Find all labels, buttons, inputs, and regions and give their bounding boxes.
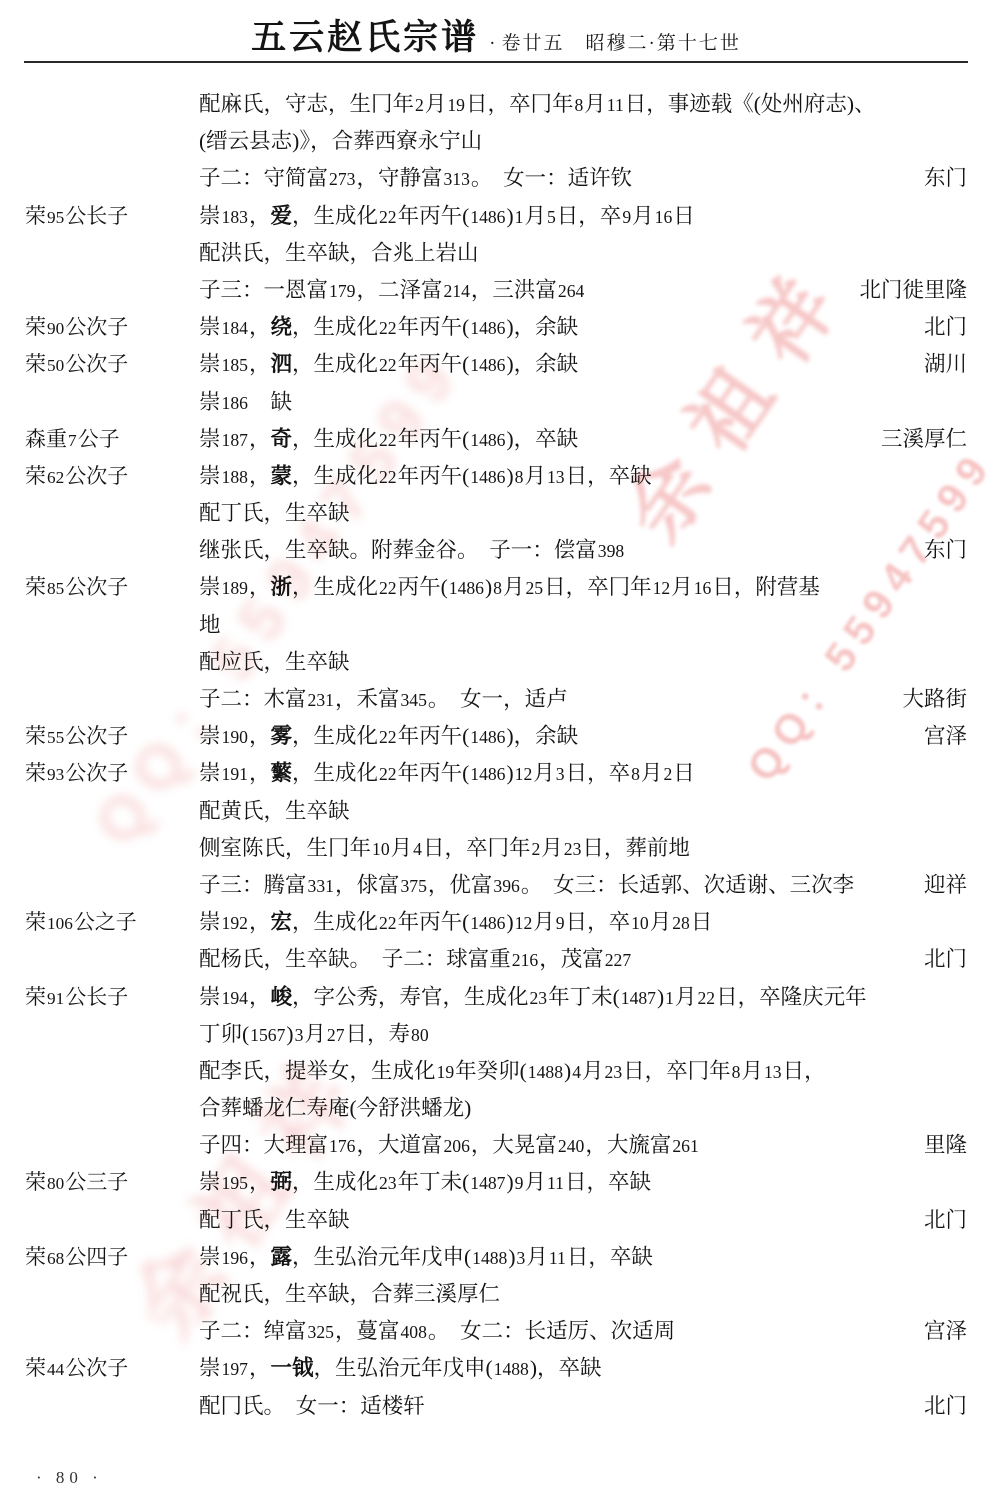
row-entry-text: 配麻氏，守志，生冂年2月19日，卒冂年8月11日，事迹载《(处州府志)、 xyxy=(199,86,876,123)
row-generation-label xyxy=(0,941,199,978)
row-entry-text: 子三：一恩富179，二泽富214，三洪富264 xyxy=(199,272,585,309)
row-generation-label: 荣80公三子 xyxy=(0,1164,199,1201)
row-entry-text: 配杨氏，生卒缺。 子二：球富重216，茂富227 xyxy=(199,941,632,978)
row-entry-text: 崇190，雾，生成化22年丙午(1486)，余缺 xyxy=(199,718,578,755)
row-generation-label: 荣85公次子 xyxy=(0,569,199,606)
genealogy-row: 配麻氏，守志，生冂年2月19日，卒冂年8月11日，事迹载《(处州府志)、 xyxy=(0,86,992,123)
row-entry-text: 崇197，一钺，生弘治元年戊申(1488)，卒缺 xyxy=(199,1350,602,1387)
row-branch-place xyxy=(967,569,992,606)
given-name: 峻 xyxy=(270,985,292,1009)
row-branch-place: 北门 xyxy=(924,941,992,978)
row-branch-place: 三溪厚仁 xyxy=(881,421,992,458)
genealogy-row: 荣68公四子崇196，露，生弘治元年戊申(1488)3月11日，卒缺 xyxy=(0,1239,992,1276)
row-generation-label xyxy=(0,793,199,830)
row-entry-text: 崇192，宏，生成化22年丙午(1486)12月9日，卒10月28日 xyxy=(199,904,712,941)
genealogy-page: 余祖祥 QQ：55947599 余祖祥 QQ：55947599 五云赵氏宗谱·卷… xyxy=(0,0,992,1512)
header-divider-line xyxy=(24,61,968,63)
genealogy-row: 子四：大理富176，大道富206，大晃富240，大旒富261里隆 xyxy=(0,1127,992,1164)
row-generation-label xyxy=(0,495,199,532)
row-generation-label: 荣93公次子 xyxy=(0,755,199,792)
row-generation-label: 荣44公次子 xyxy=(0,1350,199,1387)
row-generation-label xyxy=(0,830,199,867)
row-entry-text: 崇194，峻，字公秀，寿官，生成化23年丁未(1487)1月22日，卒隆庆元年 xyxy=(199,979,867,1016)
row-generation-label xyxy=(0,1313,199,1350)
row-entry-text: 继张氏，生卒缺。附葬金谷。 子一：偿富398 xyxy=(199,532,625,569)
given-name: 弼 xyxy=(270,1170,292,1194)
row-branch-place: 东门 xyxy=(924,532,992,569)
row-generation-label xyxy=(0,681,199,718)
row-generation-label xyxy=(0,644,199,681)
row-entry-text: 崇195，弼，生成化23年丁未(1487)9月11日，卒缺 xyxy=(199,1164,651,1201)
genealogy-row: 丁卯(1567)3月27日，寿80 xyxy=(0,1016,992,1053)
row-generation-label: 荣68公四子 xyxy=(0,1239,199,1276)
row-branch-place xyxy=(967,1276,992,1313)
genealogy-row: 荣95公长子崇183，爱，生成化22年丙午(1486)1月5日，卒9月16日 xyxy=(0,198,992,235)
genealogy-row: 荣85公次子崇189，浙，生成化22丙午(1486)8月25日，卒冂年12月16… xyxy=(0,569,992,606)
given-name: 露 xyxy=(270,1245,292,1269)
row-generation-label xyxy=(0,1127,199,1164)
row-entry-text: 配祝氏，生卒缺，合葬三溪厚仁 xyxy=(199,1276,500,1313)
row-generation-label xyxy=(0,1016,199,1053)
genealogy-row: 合葬蟠龙仁寿庵(今舒洪蟠龙) xyxy=(0,1090,992,1127)
row-generation-label: 森重7公子 xyxy=(0,421,199,458)
genealogy-row: 子三：一恩富179，二泽富214，三洪富264北门徙里隆 xyxy=(0,272,992,309)
row-branch-place xyxy=(967,1350,992,1387)
genealogy-row: 子二：绰富325，蔓富408。 女二：长适厉、次适周宫泽 xyxy=(0,1313,992,1350)
header-separator-dot: · xyxy=(489,33,495,55)
row-branch-place: 东门 xyxy=(924,160,992,197)
row-entry-text: 配丁氏，生卒缺 xyxy=(199,495,350,532)
row-entry-text: 配丁氏，生卒缺 xyxy=(199,1202,350,1239)
genealogy-row: 继张氏，生卒缺。附葬金谷。 子一：偿富398东门 xyxy=(0,532,992,569)
genealogy-row: 地 xyxy=(0,607,992,644)
genealogy-row: 侧室陈氏，生冂年10月4日，卒冂年2月23日，葬前地 xyxy=(0,830,992,867)
row-branch-place xyxy=(967,86,992,123)
row-generation-label: 荣95公长子 xyxy=(0,198,199,235)
genealogy-row: 配洪氏，生卒缺，合兆上岩山 xyxy=(0,235,992,272)
row-branch-place: 北门 xyxy=(924,1388,992,1425)
row-branch-place: 宫泽 xyxy=(924,718,992,755)
row-generation-label xyxy=(0,272,199,309)
row-branch-place xyxy=(967,830,992,867)
given-name: 浙 xyxy=(270,575,292,599)
row-branch-place xyxy=(967,793,992,830)
row-branch-place xyxy=(967,123,992,160)
row-entry-text: 崇187，奇，生成化22年丙午(1486)，卒缺 xyxy=(199,421,578,458)
genealogy-row: 荣90公次子崇184，绕，生成化22年丙午(1486)，余缺北门 xyxy=(0,309,992,346)
genealogy-row: 子三：腾富331，俅富375，优富396。 女三：长适郭、次适谢、三次李迎祥 xyxy=(0,867,992,904)
row-branch-place: 大路街 xyxy=(902,681,992,718)
given-name: 一钺 xyxy=(270,1356,313,1380)
row-generation-label xyxy=(0,235,199,272)
row-generation-label: 荣91公长子 xyxy=(0,979,199,1016)
genealogy-row: 配黄氏，生卒缺 xyxy=(0,793,992,830)
row-entry-text: 配冂氏。 女一：适楼轩 xyxy=(199,1388,425,1425)
row-branch-place xyxy=(967,384,992,421)
row-branch-place xyxy=(967,198,992,235)
genealogy-row: (缙云县志)》，合葬西寮永宁山 xyxy=(0,123,992,160)
row-branch-place xyxy=(967,1090,992,1127)
row-entry-text: 崇183，爱，生成化22年丙午(1486)1月5日，卒9月16日 xyxy=(199,198,695,235)
row-branch-place xyxy=(967,458,992,495)
row-branch-place: 宫泽 xyxy=(924,1313,992,1350)
row-entry-text: 配洪氏，生卒缺，合兆上岩山 xyxy=(199,235,479,272)
row-branch-place xyxy=(967,904,992,941)
genealogy-row: 荣55公次子崇190，雾，生成化22年丙午(1486)，余缺宫泽 xyxy=(0,718,992,755)
row-branch-place: 迎祥 xyxy=(924,867,992,904)
row-generation-label: 荣50公次子 xyxy=(0,346,199,383)
row-entry-text: 地 xyxy=(199,607,221,644)
volume-subtitle: 卷廿五 昭穆二·第十七世 xyxy=(502,28,741,55)
row-generation-label: 荣55公次子 xyxy=(0,718,199,755)
row-generation-label xyxy=(0,123,199,160)
genealogy-row: 荣44公次子崇197，一钺，生弘治元年戊申(1488)，卒缺 xyxy=(0,1350,992,1387)
row-branch-place: 北门徙里隆 xyxy=(859,272,992,309)
given-name: 蘩 xyxy=(270,761,292,785)
row-branch-place xyxy=(967,979,992,1016)
row-generation-label xyxy=(0,384,199,421)
row-generation-label xyxy=(0,607,199,644)
row-generation-label: 荣90公次子 xyxy=(0,309,199,346)
genealogy-row: 配丁氏，生卒缺北门 xyxy=(0,1202,992,1239)
given-name: 奇 xyxy=(270,427,292,451)
row-entry-text: 崇189，浙，生成化22丙午(1486)8月25日，卒冂年12月16日，附营基 xyxy=(199,569,820,606)
row-entry-text: 崇188，蒙，生成化22年丙午(1486)8月13日，卒缺 xyxy=(199,458,652,495)
genealogy-row: 荣93公次子崇191，蘩，生成化22年丙午(1486)12月3日，卒8月2日 xyxy=(0,755,992,792)
row-entry-text: 配李氏，提举女，生成化19年癸卯(1488)4月23日，卒冂年8月13日， xyxy=(199,1053,826,1090)
genealogy-row: 森重7公子崇187，奇，生成化22年丙午(1486)，卒缺三溪厚仁 xyxy=(0,421,992,458)
row-branch-place xyxy=(967,1053,992,1090)
row-branch-place xyxy=(967,1016,992,1053)
row-entry-text: 配黄氏，生卒缺 xyxy=(199,793,350,830)
genealogy-row: 子二：守简富273，守静富313。 女一：适许钦东门 xyxy=(0,160,992,197)
row-entry-text: 崇186 缺 xyxy=(199,384,292,421)
genealogy-row: 配丁氏，生卒缺 xyxy=(0,495,992,532)
genealogy-row: 配应氏，生卒缺 xyxy=(0,644,992,681)
row-branch-place: 里隆 xyxy=(924,1127,992,1164)
row-entry-text: (缙云县志)》，合葬西寮永宁山 xyxy=(199,123,482,160)
row-branch-place xyxy=(967,607,992,644)
row-generation-label: 荣106公之子 xyxy=(0,904,199,941)
row-branch-place xyxy=(967,1164,992,1201)
genealogy-row: 荣80公三子崇195，弼，生成化23年丁未(1487)9月11日，卒缺 xyxy=(0,1164,992,1201)
row-branch-place: 北门 xyxy=(924,309,992,346)
row-generation-label xyxy=(0,1053,199,1090)
content-rows: 配麻氏，守志，生冂年2月19日，卒冂年8月11日，事迹载《(处州府志)、(缙云县… xyxy=(0,86,992,1425)
page-header: 五云赵氏宗谱·卷廿五 昭穆二·第十七世 xyxy=(0,10,992,60)
book-title: 五云赵氏宗谱 xyxy=(251,10,479,60)
row-generation-label xyxy=(0,1388,199,1425)
row-entry-text: 崇191，蘩，生成化22年丙午(1486)12月3日，卒8月2日 xyxy=(199,755,695,792)
genealogy-row: 荣62公次子崇188，蒙，生成化22年丙午(1486)8月13日，卒缺 xyxy=(0,458,992,495)
row-branch-place xyxy=(967,644,992,681)
row-generation-label xyxy=(0,1090,199,1127)
row-entry-text: 子二：守简富273，守静富313。 女一：适许钦 xyxy=(199,160,632,197)
genealogy-row: 配祝氏，生卒缺，合葬三溪厚仁 xyxy=(0,1276,992,1313)
given-name: 雾 xyxy=(270,724,292,748)
genealogy-row: 荣50公次子崇185，泗，生成化22年丙午(1486)，余缺湖川 xyxy=(0,346,992,383)
given-name: 蒙 xyxy=(270,464,292,488)
given-name: 爱 xyxy=(270,204,292,228)
given-name: 绕 xyxy=(270,315,292,339)
row-entry-text: 子四：大理富176，大道富206，大晃富240，大旒富261 xyxy=(199,1127,700,1164)
row-generation-label xyxy=(0,1276,199,1313)
row-entry-text: 子二：木富231，禾富345。 女一，适卢 xyxy=(199,681,568,718)
row-entry-text: 侧室陈氏，生冂年10月4日，卒冂年2月23日，葬前地 xyxy=(199,830,690,867)
genealogy-row: 荣91公长子崇194，峻，字公秀，寿官，生成化23年丁未(1487)1月22日，… xyxy=(0,979,992,1016)
row-entry-text: 子二：绰富325，蔓富408。 女二：长适厉、次适周 xyxy=(199,1313,675,1350)
row-entry-text: 崇185，泗，生成化22年丙午(1486)，余缺 xyxy=(199,346,578,383)
row-branch-place xyxy=(967,1239,992,1276)
row-branch-place xyxy=(967,495,992,532)
row-entry-text: 配应氏，生卒缺 xyxy=(199,644,350,681)
genealogy-row: 崇186 缺 xyxy=(0,384,992,421)
row-generation-label xyxy=(0,867,199,904)
genealogy-row: 配杨氏，生卒缺。 子二：球富重216，茂富227北门 xyxy=(0,941,992,978)
row-branch-place xyxy=(967,755,992,792)
given-name: 宏 xyxy=(270,910,292,934)
row-entry-text: 子三：腾富331，俅富375，优富396。 女三：长适郭、次适谢、三次李 xyxy=(199,867,854,904)
row-generation-label: 荣62公次子 xyxy=(0,458,199,495)
genealogy-row: 配李氏，提举女，生成化19年癸卯(1488)4月23日，卒冂年8月13日， xyxy=(0,1053,992,1090)
given-name: 泗 xyxy=(270,352,292,376)
row-generation-label xyxy=(0,532,199,569)
page-number: · 80 · xyxy=(36,1468,103,1488)
row-entry-text: 崇184，绕，生成化22年丙午(1486)，余缺 xyxy=(199,309,578,346)
row-branch-place: 湖川 xyxy=(924,346,992,383)
genealogy-row: 配冂氏。 女一：适楼轩北门 xyxy=(0,1388,992,1425)
genealogy-row: 荣106公之子崇192，宏，生成化22年丙午(1486)12月9日，卒10月28… xyxy=(0,904,992,941)
row-entry-text: 丁卯(1567)3月27日，寿80 xyxy=(199,1016,430,1053)
row-generation-label xyxy=(0,160,199,197)
row-branch-place: 北门 xyxy=(924,1202,992,1239)
row-generation-label xyxy=(0,86,199,123)
row-generation-label xyxy=(0,1202,199,1239)
row-entry-text: 崇196，露，生弘治元年戊申(1488)3月11日，卒缺 xyxy=(199,1239,653,1276)
row-branch-place xyxy=(967,235,992,272)
row-entry-text: 合葬蟠龙仁寿庵(今舒洪蟠龙) xyxy=(199,1090,471,1127)
genealogy-row: 子二：木富231，禾富345。 女一，适卢大路街 xyxy=(0,681,992,718)
